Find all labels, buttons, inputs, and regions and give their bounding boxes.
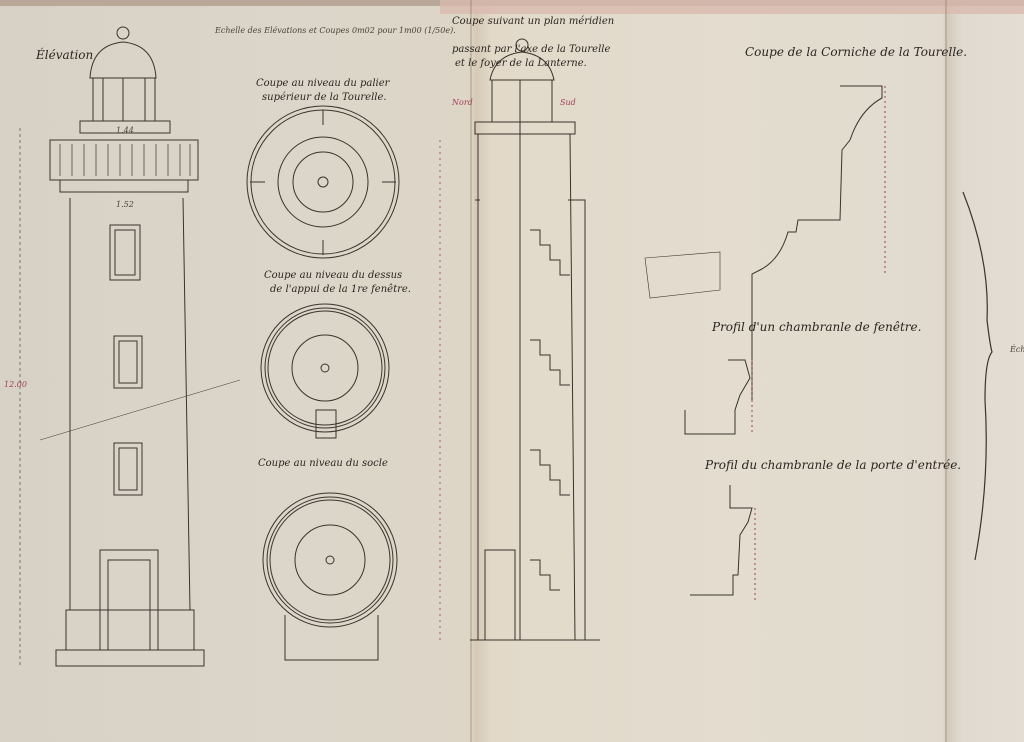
lighthouse-elevation <box>20 27 240 666</box>
dim-label: 1.44 <box>116 126 134 135</box>
section-right-label: Sud <box>560 98 576 107</box>
dim-label: 12.00 <box>4 380 27 389</box>
cornice-section <box>645 86 885 400</box>
scale-note: Echelle des Elévations et Coupes 0m02 po… <box>215 26 456 35</box>
section-left-label: Nord <box>452 98 473 107</box>
plan-plinth <box>263 493 397 660</box>
section-title-3: et le foyer de la Lanterne. <box>455 58 587 69</box>
plan-upper-title-2: supérieur de la Tourelle. <box>262 92 387 103</box>
margin-note: Éch <box>1010 345 1024 354</box>
plan-window-title-2: de l'appui de la 1re fenêtre. <box>270 284 411 295</box>
section-title-2: passant par l'axe de la Tourelle <box>452 44 610 55</box>
plan-upper-landing <box>247 106 399 258</box>
curly-brace <box>963 192 992 560</box>
window-frame-profile <box>685 360 752 434</box>
plan-first-window <box>261 304 389 438</box>
door-frame-title: Profil du chambranle de la porte d'entré… <box>705 458 961 472</box>
cornice-title: Coupe de la Corniche de la Tourelle. <box>745 45 967 59</box>
section-title-1: Coupe suivant un plan méridien <box>452 16 614 27</box>
lighthouse-section <box>440 39 600 640</box>
dim-label: 1.52 <box>116 200 134 209</box>
plan-plinth-title: Coupe au niveau du socle <box>258 458 388 469</box>
elevation-title: Élévation <box>36 48 93 62</box>
door-frame-profile <box>690 485 755 600</box>
plan-window-title-1: Coupe au niveau du dessus <box>264 270 402 281</box>
window-frame-title: Profil d'un chambranle de fenêtre. <box>712 320 921 334</box>
plan-upper-title-1: Coupe au niveau du palier <box>256 78 389 89</box>
technical-drawing <box>0 0 1024 742</box>
